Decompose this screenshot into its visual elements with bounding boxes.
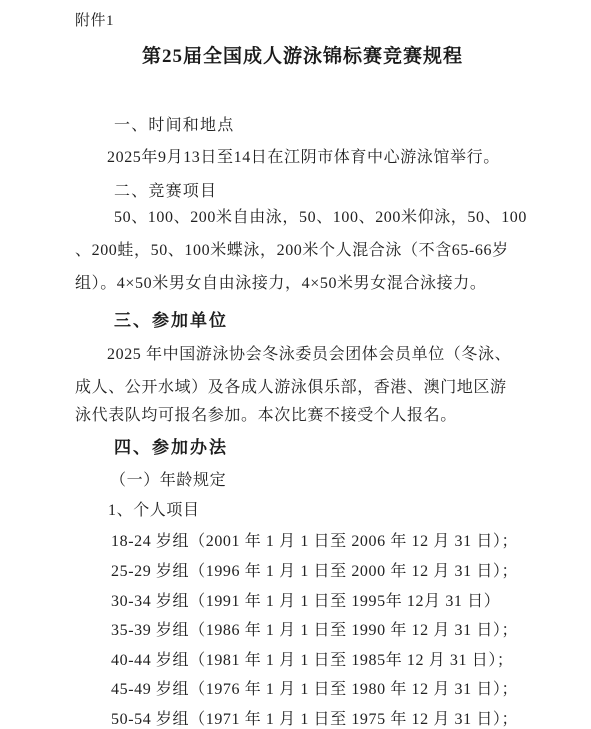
age-group-row-35-39: 35-39 岁组（1986 年 1 月 1 日至 1990 年 12 月 31 … (111, 621, 518, 641)
age-group-row-18-24: 18-24 岁组（2001 年 1 月 1 日至 2006 年 12 月 31 … (111, 532, 518, 552)
section3-line-1: 2025 年中国游泳协会冬泳委员会团体会员单位（冬泳、 (107, 345, 511, 365)
document-page: 附件1 第25届全国成人游泳锦标赛竞赛规程 一、时间和地点 2025年9月13日… (0, 0, 591, 729)
section2-line-2: 、200蛙，50、100米蝶泳，200米个人混合泳（不含65-66岁 (75, 241, 509, 261)
section4-subheading-individual-events: 1、个人项目 (108, 501, 200, 521)
section3-line-2: 成人、公开水域）及各成人游泳俱乐部，香港、澳门地区游 (75, 378, 507, 398)
section2-line-3: 组）。4×50米男女自由泳接力，4×50米男女混合泳接力。 (75, 274, 486, 294)
section1-heading: 一、时间和地点 (114, 116, 234, 136)
age-group-row-50-54: 50-54 岁组（1971 年 1 月 1 日至 1975 年 12 月 31 … (111, 710, 518, 729)
section2-line-1: 50、100、200米自由泳，50、100、200米仰泳，50、100 (114, 208, 527, 228)
section3-heading: 三、参加单位 (114, 311, 228, 331)
section3-line-3: 泳代表队均可报名参加。本次比赛不接受个人报名。 (75, 406, 457, 426)
section1-body: 2025年9月13日至14日在江阴市体育中心游泳馆举行。 (107, 148, 500, 168)
section4-subheading-age-rules: （一）年龄规定 (110, 471, 226, 491)
document-title: 第25届全国成人游泳锦标赛竞赛规程 (0, 41, 591, 68)
age-group-row-30-34: 30-34 岁组（1991 年 1 月 1 日至 1995年 12月 31 日） (111, 592, 500, 612)
age-group-row-40-44: 40-44 岁组（1981 年 1 月 1 日至 1985年 12 月 31 日… (111, 651, 514, 671)
section2-heading: 二、竞赛项目 (114, 182, 217, 202)
section4-heading: 四、参加办法 (114, 438, 228, 458)
age-group-row-25-29: 25-29 岁组（1996 年 1 月 1 日至 2000 年 12 月 31 … (111, 562, 518, 582)
attachment-label: 附件1 (75, 11, 114, 31)
age-group-row-45-49: 45-49 岁组（1976 年 1 月 1 日至 1980 年 12 月 31 … (111, 680, 518, 700)
